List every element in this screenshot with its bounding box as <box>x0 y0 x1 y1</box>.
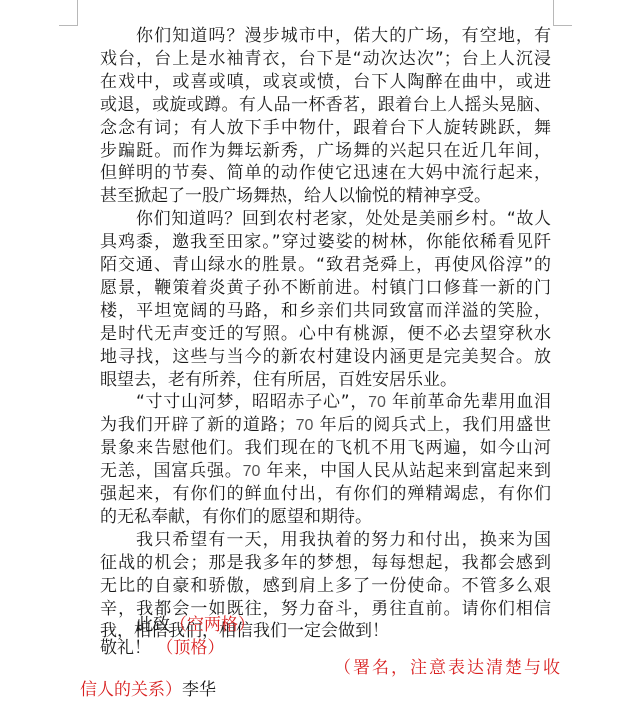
closing-salutation: 此致（空两格） <box>136 614 255 637</box>
regards-text: 敬礼！ <box>100 638 151 658</box>
paragraph-3-line: 景象来告慰他们。我们现在的飞机不用飞两遍，如今山河 <box>100 437 551 460</box>
paragraph-3-line: 强起来，有你们的鲜血付出，有你们的殚精竭虑，有你们 <box>100 483 551 506</box>
salutation-annotation: （空两格） <box>170 615 255 635</box>
paragraph-2-line: 你们知道吗？回到农村老家，处处是美丽乡村。“故人 <box>136 208 551 231</box>
salutation-text: 此致 <box>136 615 170 635</box>
paragraph-2-line: 陌交通、青山绿水的胜景。“致君尧舜上，再使风俗淳”的 <box>100 254 551 277</box>
signature-line: 信人的关系）李华 <box>80 679 216 702</box>
paragraph-4-line: 我只希望有一天，用我执着的努力和付出，换来为国 <box>136 529 551 552</box>
paragraph-2-line: 地寻找，这些与当今的新农村建设内涵更是完美契合。放 <box>100 346 551 369</box>
document-page: 你们知道吗？漫步城市中，偌大的广场，有空地，有 戏台，台上是水袖青衣，台下是“动… <box>0 0 624 703</box>
paragraph-3-line: 的无私奉献，有你们的愿望和期待。 <box>100 506 551 529</box>
paragraph-3-line: “寸寸山河梦，昭昭赤子心”，70 年前革命先辈用血泪 <box>136 391 551 414</box>
closing-regards: 敬礼！ （顶格） <box>100 637 224 660</box>
paragraph-4-line: 征战的机会；那是我多年的梦想，每每想起，我都会感到 <box>100 552 551 575</box>
paragraph-2-line: 楼，平坦宽阔的马路，和乡亲们共同致富而洋溢的笑脸， <box>100 300 551 323</box>
number-70: 70 <box>296 417 314 434</box>
regards-annotation: （顶格） <box>156 638 224 658</box>
paragraph-1-line: 或退，或旋或蹲。有人品一杯香茗，跟着台上人摇头晃脑、 <box>100 94 551 117</box>
signature-annotation-line2: 信人的关系） <box>80 680 182 700</box>
paragraph-1-line: 但鲜明的节奏、简单的动作使它迅速在大妈中流行起来， <box>100 162 551 185</box>
number-70: 70 <box>243 463 261 480</box>
signature-annotation-line1: （署名，注意表达清楚与收 <box>334 657 562 680</box>
paragraph-3-line: 无恙，国富兵强。70 年来，中国人民从站起来到富起来到 <box>100 460 551 483</box>
paragraph-2-line: 眼望去，老有所养，住有所居，百姓安居乐业。 <box>100 369 551 392</box>
number-70: 70 <box>368 394 386 411</box>
paragraph-1-line: 你们知道吗？漫步城市中，偌大的广场，有空地，有 <box>136 25 551 48</box>
paragraph-1-line: 步蹁跹。而作为舞坛新秀，广场舞的兴起只在近几年间， <box>100 140 551 163</box>
paragraph-1-line: 念念有词；有人放下手中物什，跟着台下人旋转跳跃，舞 <box>100 117 551 140</box>
paragraph-2-line: 是时代无声变迁的写照。心中有桃源，便不必去望穿秋水 <box>100 323 551 346</box>
paragraph-1-line: 在戏中，或喜或嗔，或哀或愤，台下人陶醉在曲中，或进 <box>100 71 551 94</box>
signature-name: 李华 <box>182 680 216 700</box>
paragraph-3-line: 为我们开辟了新的道路；70 年后的阅兵式上，我们用盛世 <box>100 414 551 437</box>
paragraph-4-line: 无比的自豪和骄傲，感到肩上多了一份使命。不管多么艰 <box>100 575 551 598</box>
paragraph-1-line: 甚至掀起了一股广场舞热，给人以愉悦的精神享受。 <box>100 185 551 208</box>
paragraph-2-line: 愿景，鞭策着炎黄子孙不断前进。村镇门口修葺一新的门 <box>100 277 551 300</box>
paragraph-2-line: 具鸡黍，邀我至田家。”穿过婆娑的树林，你能依稀看见阡 <box>100 231 551 254</box>
paragraph-1-line: 戏台，台上是水袖青衣，台下是“动次达次”；台上人沉浸 <box>100 48 551 71</box>
